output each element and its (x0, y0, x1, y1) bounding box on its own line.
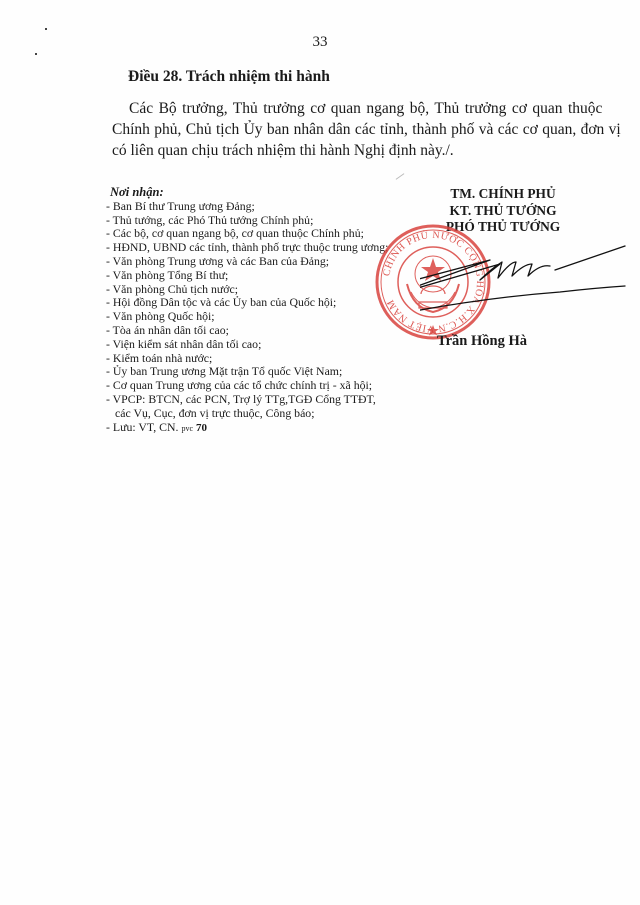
recipient-item: - Ủy ban Trung ương Mặt trận Tổ quốc Việ… (106, 365, 388, 379)
pen-mark (396, 173, 405, 180)
article-body-line: có liên quan chịu trách nhiệm thi hành N… (112, 140, 582, 161)
archive-line: - Lưu: VT, CN. pvc 70 (106, 421, 388, 436)
archive-label: - Lưu: VT, CN. (106, 420, 178, 434)
recipient-item: - Văn phòng Quốc hội; (106, 310, 388, 324)
recipient-item-continuation: các Vụ, Cục, đơn vị trực thuộc, Công báo… (106, 407, 388, 421)
recipient-item: - VPCP: BTCN, các PCN, Trợ lý TTg,TGĐ Cổ… (106, 393, 388, 407)
recipient-item: - Ban Bí thư Trung ương Đảng; (106, 200, 388, 214)
handwritten-signature-icon (420, 240, 630, 320)
recipient-item: - HĐND, UBND các tỉnh, thành phố trực th… (106, 241, 388, 255)
recipient-item: - Văn phòng Trung ương và các Ban của Đả… (106, 255, 388, 269)
recipient-item: - Các bộ, cơ quan ngang bộ, cơ quan thuộ… (106, 227, 388, 241)
recipient-item: - Cơ quan Trung ương của các tổ chức chí… (106, 379, 388, 393)
archive-count: 70 (196, 422, 207, 434)
signer-title-line: KT. THỦ TƯỚNG (408, 203, 598, 220)
recipient-item: - Văn phòng Tổng Bí thư; (106, 269, 388, 283)
signer-name: Trần Hồng Hà (437, 333, 527, 350)
recipients-list: Nơi nhận: - Ban Bí thư Trung ương Đảng; … (106, 186, 388, 435)
recipient-item: - Văn phòng Chủ tịch nước; (106, 283, 388, 297)
article-body-line: Chính phủ, Chủ tịch Ủy ban nhân dân các … (112, 119, 582, 140)
scan-speck (45, 28, 47, 30)
document-page: 33 Điều 28. Trách nhiệm thi hành Các Bộ … (0, 0, 640, 905)
recipient-item: - Kiểm toán nhà nước; (106, 352, 388, 366)
article-body: Các Bộ trưởng, Thủ trưởng cơ quan ngang … (112, 98, 582, 161)
archive-initials: pvc (181, 424, 193, 433)
recipients-heading: Nơi nhận: (106, 186, 388, 200)
page-number: 33 (0, 34, 640, 51)
recipient-item: - Tòa án nhân dân tối cao; (106, 324, 388, 338)
scan-speck (35, 53, 37, 55)
article-body-line: Các Bộ trưởng, Thủ trưởng cơ quan ngang … (112, 98, 582, 119)
recipient-item: - Hội đồng Dân tộc và các Ủy ban của Quố… (106, 296, 388, 310)
recipient-item: - Thủ tướng, các Phó Thủ tướng Chính phủ… (106, 214, 388, 228)
article-title: Điều 28. Trách nhiệm thi hành (128, 68, 330, 86)
recipient-item: - Viện kiểm sát nhân dân tối cao; (106, 338, 388, 352)
signer-title-line: TM. CHÍNH PHỦ (408, 186, 598, 203)
